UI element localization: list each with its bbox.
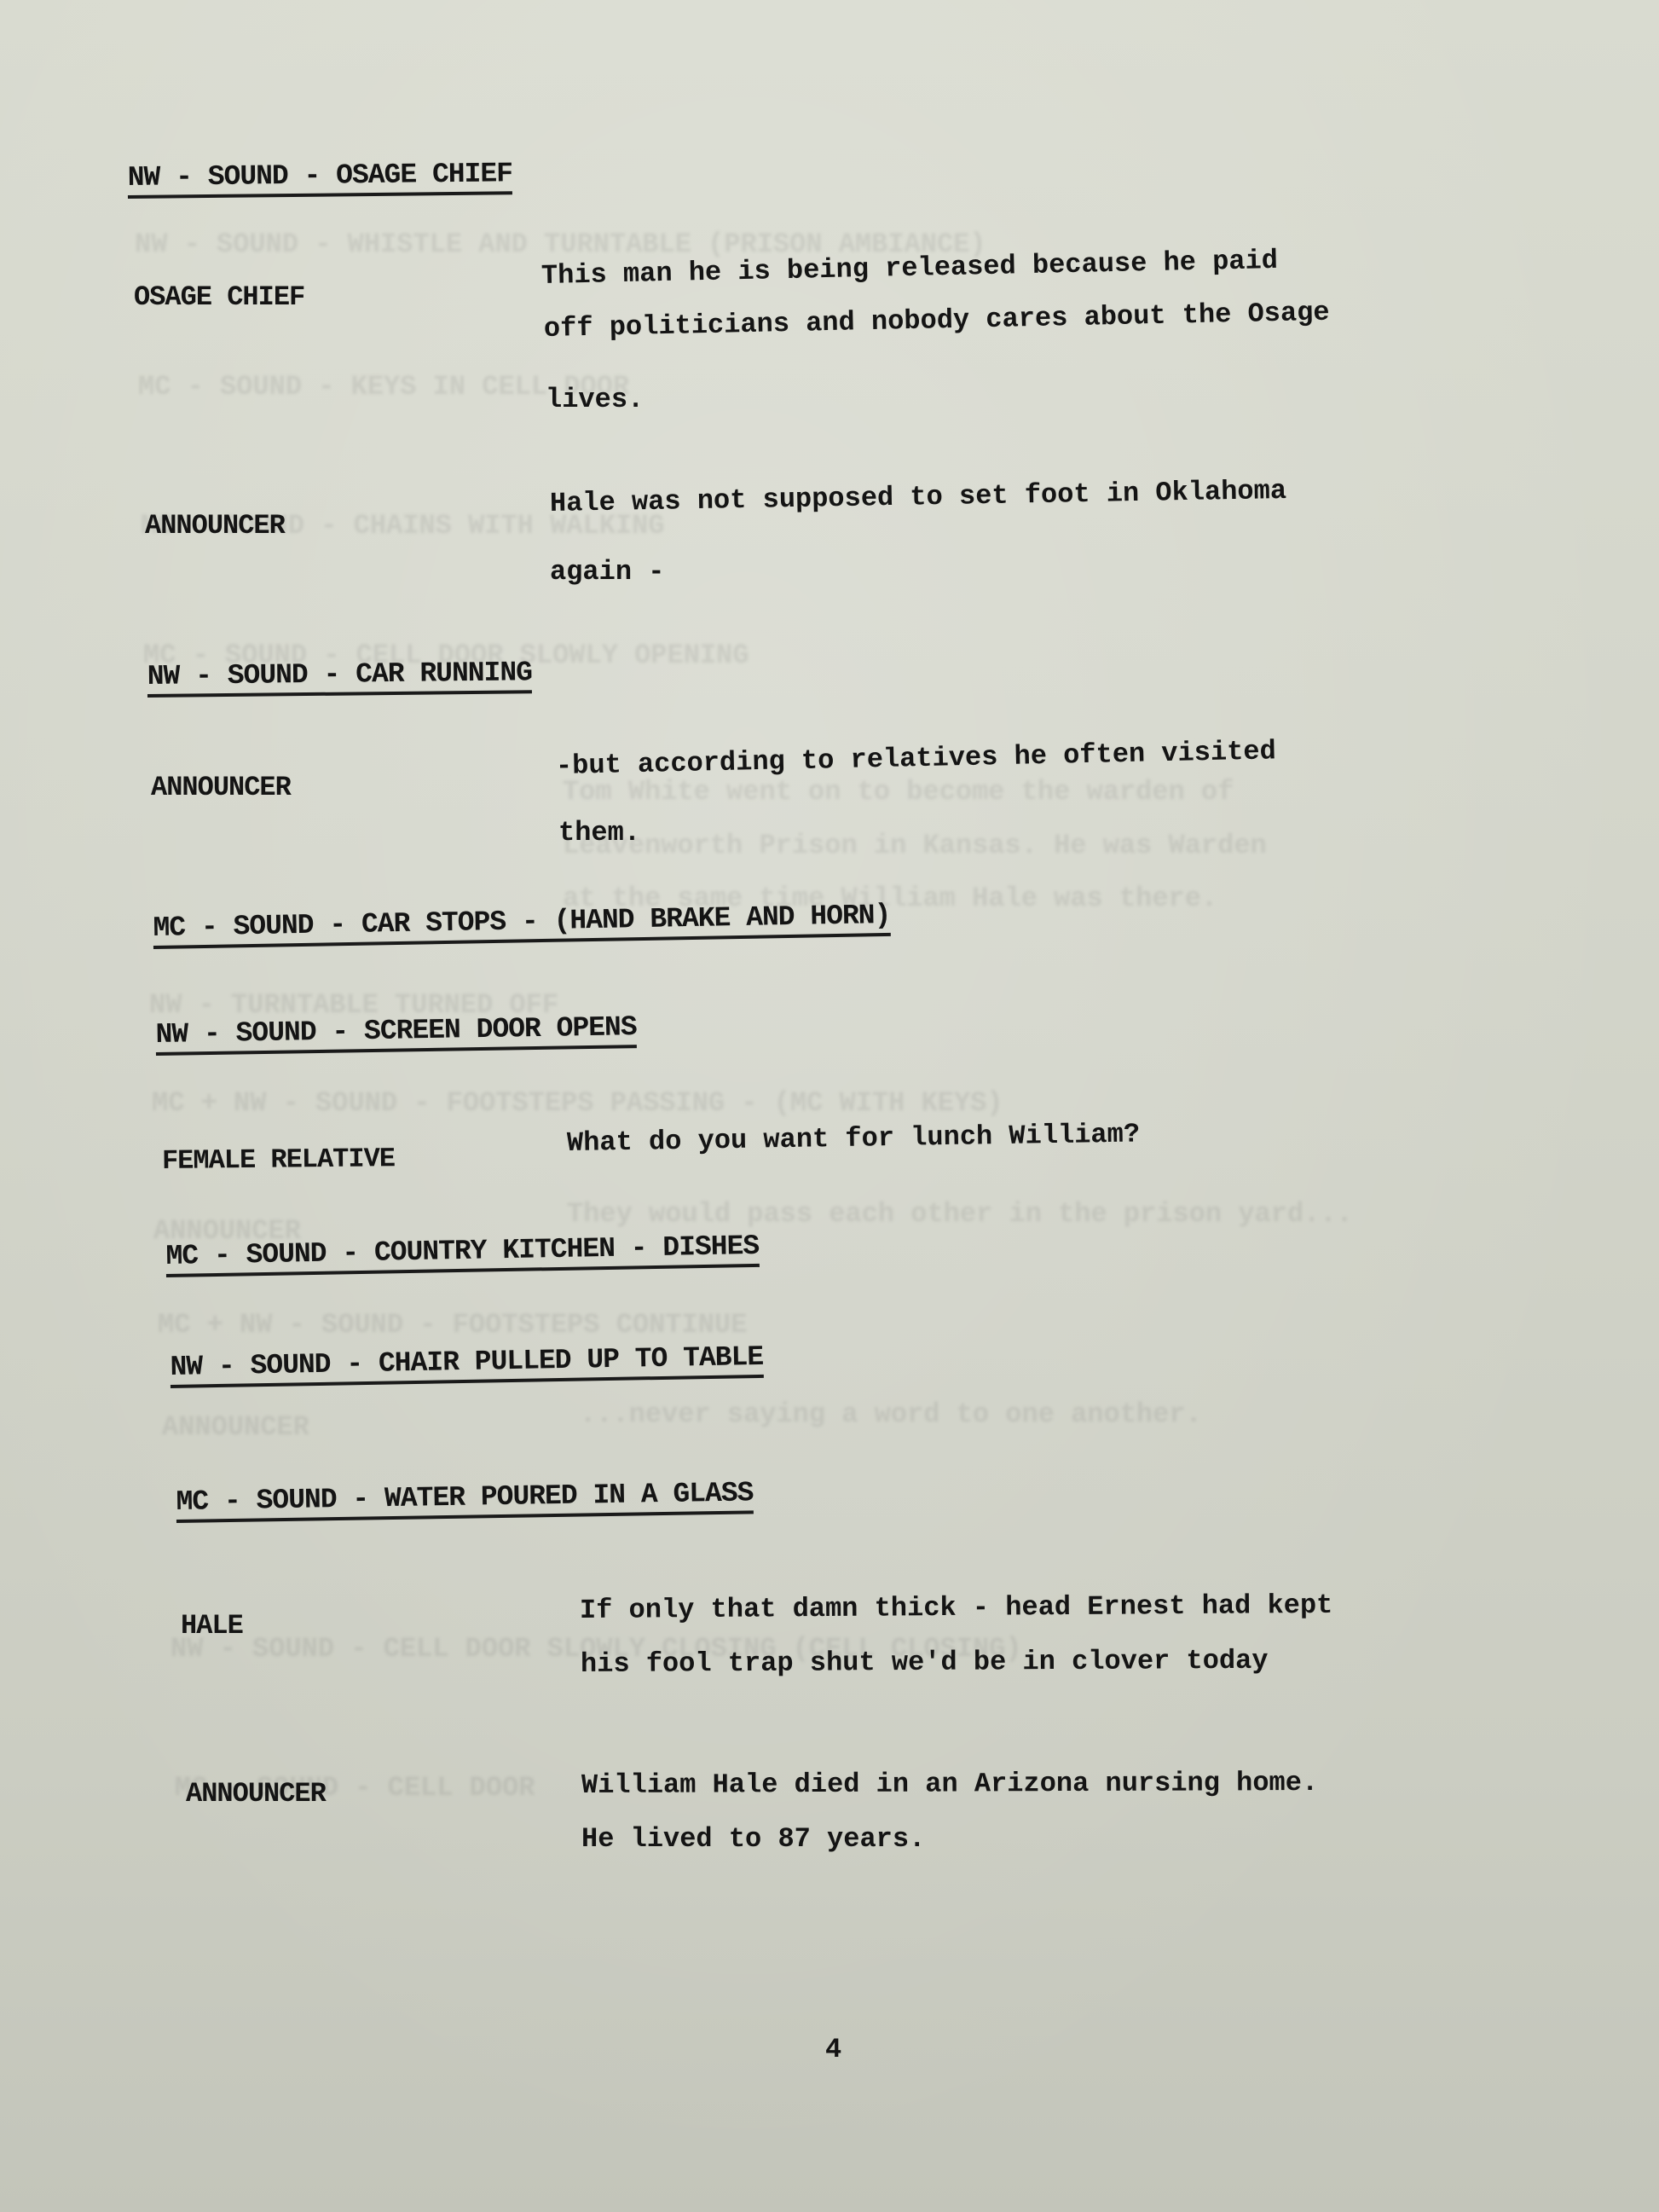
sound-cue: NW - SOUND - CHAIR PULLED UP TO TABLE <box>170 1341 763 1388</box>
script-page: NW - SOUND - WHISTLE AND TURNTABLE (PRIS… <box>0 0 1659 2212</box>
dialogue-line: them. <box>558 817 640 848</box>
dialogue-line: off politicians and nobody cares about t… <box>544 297 1330 345</box>
sound-cue: MC - SOUND - CAR STOPS - (HAND BRAKE AND… <box>153 900 891 949</box>
sound-cue: MC - SOUND - WATER POURED IN A GLASS <box>176 1477 754 1523</box>
dialogue-line: -but according to relatives he often vis… <box>556 735 1277 782</box>
speaker-name: ANNOUNCER <box>151 772 291 803</box>
dialogue-line: his fool trap shut we'd be in clover tod… <box>581 1645 1269 1680</box>
bleed-through-text: They would pass each other in the prison… <box>567 1198 1353 1230</box>
bleed-through-text: ...never saying a word to one another. <box>580 1398 1202 1430</box>
speaker-name: HALE <box>181 1610 243 1642</box>
sound-cue: NW - SOUND - OSAGE CHIEF <box>128 158 513 199</box>
dialogue-line: What do you want for lunch William? <box>567 1118 1141 1159</box>
speaker-name: ANNOUNCER <box>145 510 285 541</box>
sound-cue: NW - SOUND - SCREEN DOOR OPENS <box>155 1011 637 1056</box>
dialogue-line: William Hale died in an Arizona nursing … <box>581 1767 1318 1801</box>
sound-cue: NW - SOUND - CAR RUNNING <box>147 657 533 698</box>
bleed-through-text: ANNOUNCER <box>162 1411 309 1443</box>
speaker-name: ANNOUNCER <box>186 1778 326 1810</box>
dialogue-line: He lived to 87 years. <box>581 1823 925 1855</box>
speaker-name: FEMALE RELATIVE <box>162 1143 395 1177</box>
bleed-through-text: MC + NW - SOUND - FOOTSTEPS CONTINUE <box>158 1309 747 1341</box>
dialogue-line: If only that damn thick - head Ernest ha… <box>580 1590 1333 1626</box>
page-number: 4 <box>825 2034 841 2065</box>
bleed-through-text: MC + NW - SOUND - FOOTSTEPS PASSING - (M… <box>152 1087 1003 1119</box>
dialogue-line: again - <box>550 556 664 588</box>
bleed-through-text: Leavenworth Prison in Kansas. He was War… <box>563 830 1267 861</box>
dialogue-line: lives. <box>546 384 644 415</box>
speaker-name: OSAGE CHIEF <box>134 281 304 313</box>
dialogue-line: Hale was not supposed to set foot in Okl… <box>550 475 1287 519</box>
bleed-through-text: Tom White went on to become the warden o… <box>563 776 1234 808</box>
